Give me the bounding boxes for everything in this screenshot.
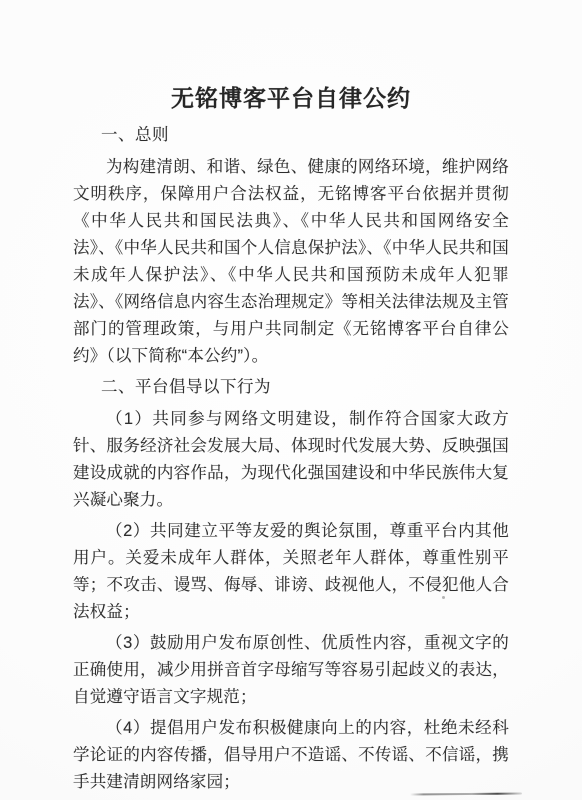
document-title: 无铭博客平台自律公约 [73,83,509,113]
scan-speck [188,740,193,741]
paragraph-general-provisions: 为构建清朗、和谐、绿色、健康的网络环境，维护网络文明秩序，保障用户合法权益，无铭… [73,154,509,370]
scan-speck [84,779,87,781]
section-heading-general: 一、总则 [73,122,509,149]
scan-speck [442,596,445,599]
paragraph-item-1: （1）共同参与网络文明建设，制作符合国家大政方针、服务经济社会发展大局、体现时代… [73,406,509,514]
document-page: 无铭博客平台自律公约 一、总则 为构建清朗、和谐、绿色、健康的网络环境，维护网络… [0,0,582,800]
section-heading-advocated-behavior: 二、平台倡导以下行为 [73,374,509,401]
paragraph-item-4: （4）提倡用户发布积极健康向上的内容，杜绝未经科学论证的内容传播，倡导用户不造谣… [73,715,509,796]
paragraph-item-3: （3）鼓励用户发布原创性、优质性内容，重视文字的正确使用，减少用拼音首字母缩写等… [73,630,509,711]
paragraph-item-2: （2）共同建立平等友爱的舆论氛围，尊重平台内其他用户。关爱未成年人群体，关照老年… [73,518,509,626]
